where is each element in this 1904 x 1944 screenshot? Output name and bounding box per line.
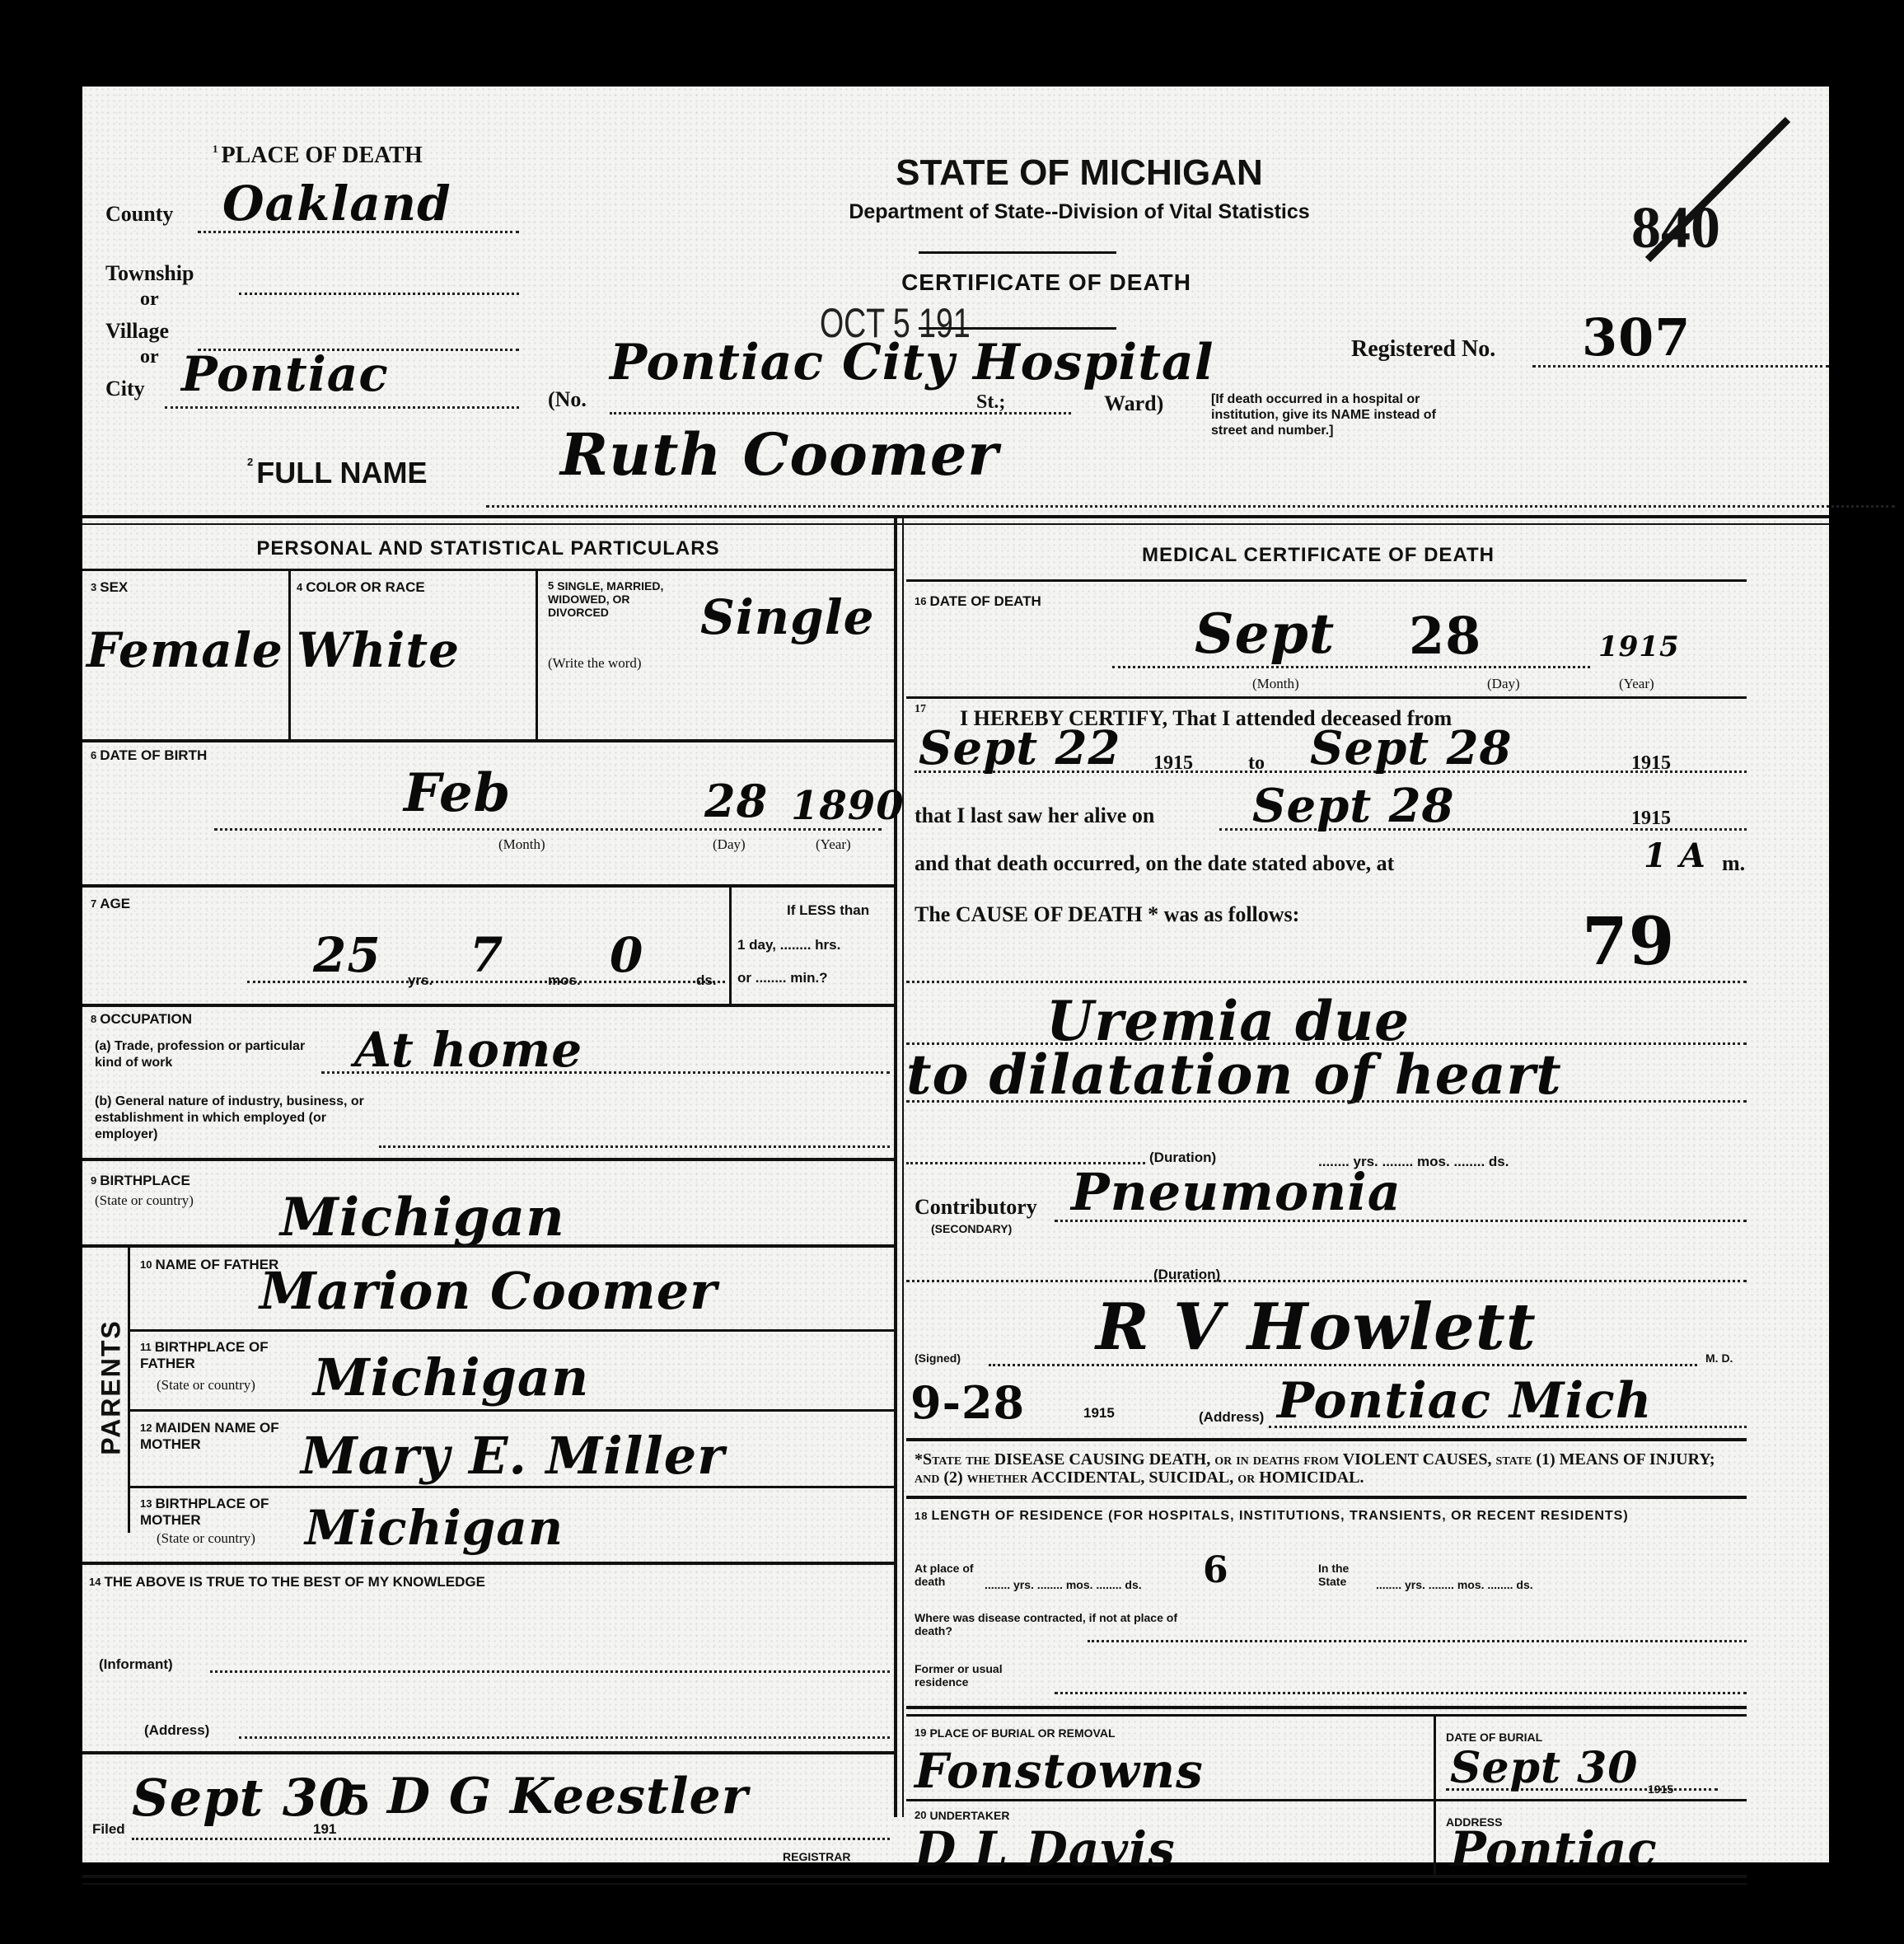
race-label: 4COLOR OR RACE	[297, 579, 425, 596]
state-title: STATE OF MICHIGAN	[791, 152, 1368, 194]
time-of-death: 1 A	[1644, 836, 1706, 875]
city-label: City	[105, 377, 145, 401]
signed-label: (Signed)	[915, 1351, 961, 1365]
father-birthplace-label: 11BIRTHPLACE OF FATHER	[140, 1339, 280, 1372]
mother-birthplace-value: Michigan	[305, 1500, 564, 1556]
city-value: Pontiac	[181, 346, 389, 402]
county-label: County	[105, 202, 173, 227]
residence-days: 6	[1203, 1549, 1229, 1591]
last-saw-text: that I last saw her alive on	[915, 803, 1154, 828]
village-label: Village	[105, 319, 169, 344]
age-months: 7	[470, 927, 503, 983]
father-label: 10NAME OF FATHER	[140, 1257, 278, 1273]
contributory-label: Contributory	[915, 1195, 1037, 1220]
attend-from-date: Sept 22	[919, 721, 1121, 775]
full-name-value: Ruth Coomer	[560, 420, 999, 489]
father-value: Marion Coomer	[260, 1261, 718, 1321]
filed-label: Filed	[92, 1821, 125, 1838]
street-no-label: (No.	[548, 387, 587, 412]
filed-date: Sept 30	[132, 1768, 355, 1828]
death-certificate: 1PLACE OF DEATH County Oakland Township …	[82, 87, 1829, 1862]
mother-label: 12MAIDEN NAME OF MOTHER	[140, 1420, 288, 1453]
dob-day: 28	[704, 775, 768, 827]
attend-to-date: Sept 28	[1310, 721, 1513, 775]
full-name-label: 2FULL NAME	[247, 456, 428, 490]
informant-address-label: (Address)	[144, 1722, 209, 1739]
township-label: Township	[105, 261, 194, 286]
ward-label: Ward)	[1104, 391, 1163, 416]
medical-section-title: MEDICAL CERTIFICATE OF DEATH	[906, 544, 1730, 567]
physician-address: Pontiac Mich	[1277, 1372, 1652, 1430]
contributory-value: Pneumonia	[1071, 1162, 1401, 1222]
last-saw-date: Sept 28	[1252, 779, 1455, 833]
undertaker-label: 20UNDERTAKER	[915, 1809, 1009, 1822]
sex-value: Female	[87, 622, 283, 678]
dob-label: 6DATE OF BIRTH	[91, 747, 207, 764]
mother-birthplace-label: 13BIRTHPLACE OF MOTHER	[140, 1496, 280, 1529]
mother-value: Mary E. Miller	[301, 1426, 725, 1486]
parents-label: PARENTS	[96, 1276, 127, 1499]
age-label: 7AGE	[91, 896, 130, 912]
undertaker-value: D L Davis	[915, 1821, 1176, 1877]
burial-date-value: Sept 30	[1450, 1743, 1638, 1793]
certificate-title: CERTIFICATE OF DEATH	[840, 269, 1252, 296]
marital-hint: (Write the word)	[548, 655, 642, 672]
cause-code: 79	[1582, 902, 1675, 980]
registrar-signature: D G Keestler	[387, 1768, 748, 1825]
sex-label: 3SEX	[91, 579, 128, 596]
dod-year: 1915	[1598, 630, 1680, 663]
dod-month: Sept	[1195, 602, 1335, 666]
cause-line-2: to dilatation of heart	[906, 1042, 1562, 1107]
dob-month: Feb	[404, 762, 511, 824]
personal-section-title: PERSONAL AND STATISTICAL PARTICULARS	[82, 537, 894, 560]
registered-label: Registered No.	[1351, 336, 1495, 363]
marital-value: Single	[700, 589, 875, 645]
place-of-death-label: 1PLACE OF DEATH	[213, 143, 423, 169]
undertaker-address-value: Pontiac	[1450, 1821, 1658, 1877]
birthplace-label: 9BIRTHPLACE	[91, 1173, 190, 1189]
cause-label: The CAUSE OF DEATH * was as follows:	[915, 902, 1299, 927]
filed-year: 5	[342, 1776, 372, 1825]
hospital-note: [If death occurred in a hospital or inst…	[1211, 391, 1450, 438]
burial-place-value: Fonstowns	[915, 1743, 1204, 1799]
burial-place-label: 19PLACE OF BURIAL OR REMOVAL	[915, 1726, 1116, 1740]
received-stamp: OCT 5 191	[820, 299, 971, 347]
informant-label: (Informant)	[99, 1656, 173, 1673]
knowledge-label: 14THE ABOVE IS TRUE TO THE BEST OF MY KN…	[89, 1574, 485, 1590]
birthplace-value: Michigan	[280, 1187, 565, 1248]
occupation-label: 8OCCUPATION	[91, 1011, 192, 1028]
race-value: White	[297, 622, 460, 678]
registrar-label: REGISTRAR	[783, 1850, 850, 1863]
signed-date: 9-28	[910, 1376, 1025, 1429]
age-days: 0	[610, 927, 643, 983]
occurred-text: and that death occurred, on the date sta…	[915, 851, 1394, 876]
dob-year: 1890	[791, 783, 905, 829]
residence-label: 18LENGTH OF RESIDENCE (FOR HOSPITALS, IN…	[915, 1508, 1738, 1525]
occupation-value: At home	[354, 1022, 582, 1078]
checkmark-icon	[1631, 111, 1796, 276]
cause-footnote: *State the DISEASE CAUSING DEATH, or in …	[915, 1450, 1738, 1487]
county-value: Oakland	[222, 176, 451, 232]
dod-label: 16DATE OF DEATH	[915, 593, 1041, 610]
burial-date-label: DATE OF BURIAL	[1446, 1731, 1542, 1744]
marital-label: 5SINGLE, MARRIED, WIDOWED, OR DIVORCED	[548, 579, 688, 619]
department-title: Department of State--Division of Vital S…	[709, 200, 1450, 224]
registered-number: 307	[1582, 307, 1691, 368]
father-birthplace-value: Michigan	[313, 1347, 589, 1408]
physician-signature: R V Howlett	[1096, 1290, 1537, 1365]
age-years: 25	[313, 927, 381, 983]
dod-day: 28	[1409, 606, 1481, 666]
